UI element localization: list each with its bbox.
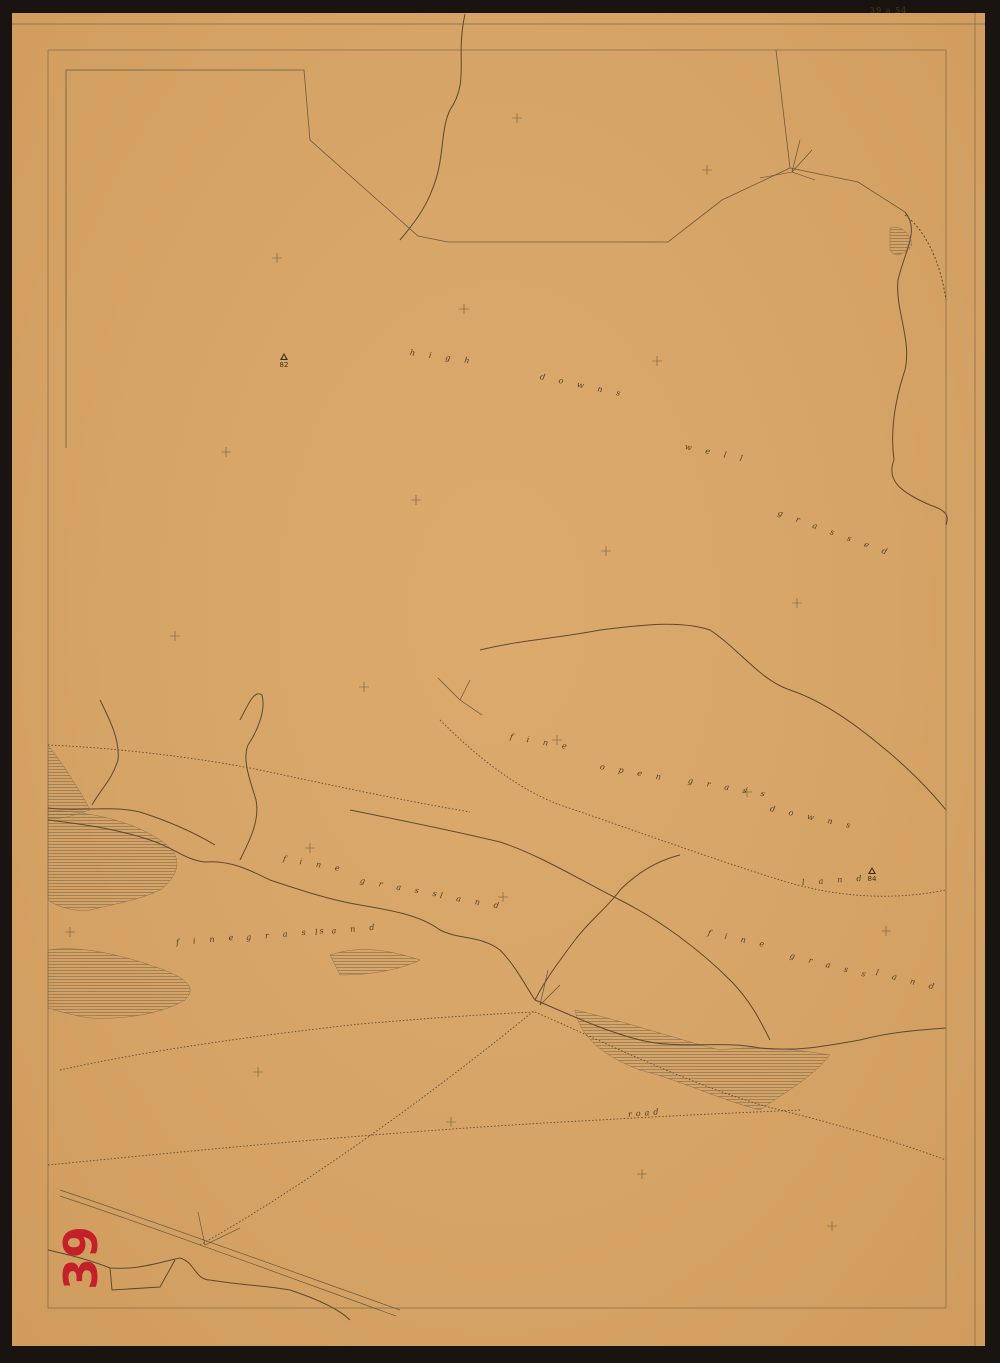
triangle-icon (280, 353, 288, 360)
sheet-number: 39 (58, 1226, 104, 1290)
property-boundary (66, 50, 905, 448)
sheet-reference: 39 a 54 (870, 6, 907, 15)
railway (60, 1190, 400, 1316)
sheet-frame (12, 13, 985, 1346)
map-drawing (0, 0, 1000, 1363)
trig-station-82: 82 (274, 353, 294, 369)
creek-north (400, 14, 947, 525)
